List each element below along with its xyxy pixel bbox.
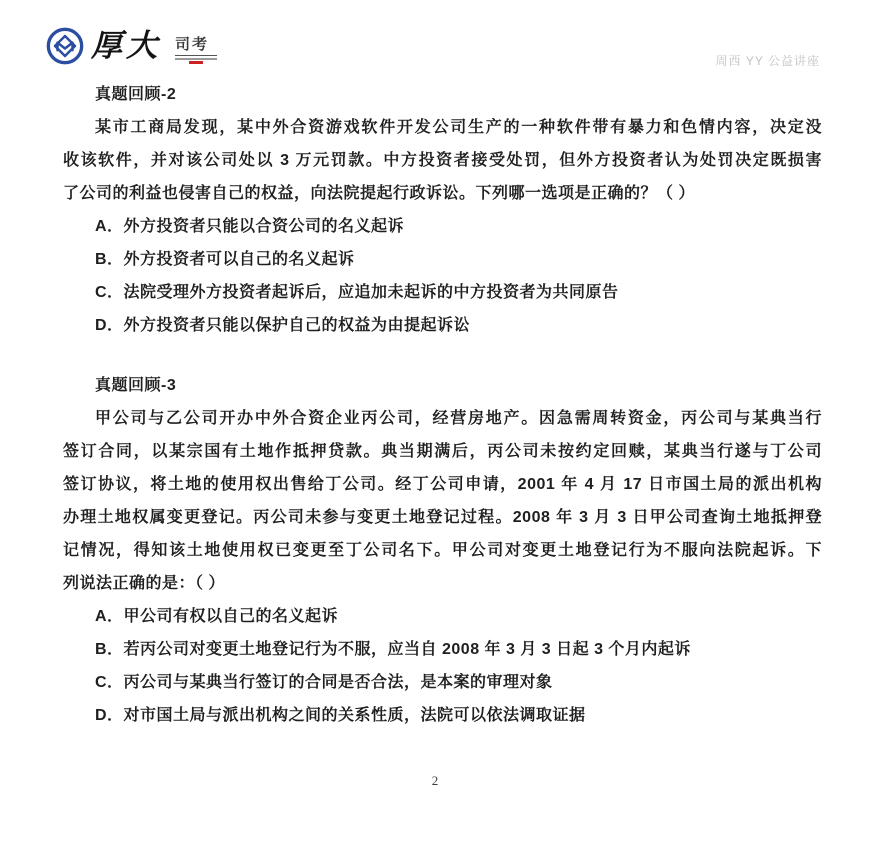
- option-b: B．外方投资者可以自己的名义起诉: [63, 243, 822, 276]
- question-body-line: 某市工商局发现，某中外合资游戏软件开发公司生产的一种软件带有暴力和色情内容，决定…: [63, 111, 822, 144]
- brand-logo: 厚大 司考: [45, 26, 217, 66]
- logo-tagline-bar: [175, 58, 217, 60]
- logo-accent-mark: [189, 61, 203, 64]
- option-a: A．外方投资者只能以合资公司的名义起诉: [63, 210, 822, 243]
- question-body-line: 甲公司与乙公司开办中外合资企业丙公司，经营房地产。因急需周转资金，丙公司与某典当…: [63, 402, 822, 435]
- page-footer: 2: [0, 772, 870, 790]
- question-title: 真题回顾-2: [63, 78, 822, 111]
- option-a: A．甲公司有权以自己的名义起诉: [63, 600, 822, 633]
- document-body: 真题回顾-2 某市工商局发现，某中外合资游戏软件开发公司生产的一种软件带有暴力和…: [63, 78, 822, 732]
- question-body-line: 了公司的利益也侵害自己的权益，向法院提起行政诉讼。下列哪一选项是正确的？（ ）: [63, 177, 822, 210]
- brand-name: 厚大: [91, 26, 161, 66]
- document-page: 厚大 司考 周西 YY 公益讲座 真题回顾-2 某市工商局发现，某中外合资游戏软…: [0, 0, 870, 842]
- houda-logo-icon: [45, 26, 85, 66]
- option-c: C．丙公司与某典当行签订的合同是否合法，是本案的审理对象: [63, 666, 822, 699]
- question-body-line: 办理土地权属变更登记。丙公司未参与变更土地登记过程。2008 年 3 月 3 日…: [63, 501, 822, 534]
- brand-subtitle-block: 司考: [175, 36, 217, 64]
- question-body-line: 列说法正确的是：（ ）: [63, 567, 822, 600]
- page-header: 厚大 司考 周西 YY 公益讲座: [0, 0, 870, 76]
- brand-subtitle: 司考: [175, 36, 217, 56]
- question-title: 真题回顾-3: [63, 369, 822, 402]
- section-gap: [63, 342, 822, 369]
- option-d: D．对市国土局与派出机构之间的关系性质，法院可以依法调取证据: [63, 699, 822, 732]
- question-body-line: 签订协议，将土地的使用权出售给丁公司。经丁公司申请，2001 年 4 月 17 …: [63, 468, 822, 501]
- question-body-line: 记情况，得知该土地使用权已变更至丁公司名下。甲公司对变更土地登记行为不服向法院起…: [63, 534, 822, 567]
- option-d: D．外方投资者只能以保护自己的权益为由提起诉讼: [63, 309, 822, 342]
- page-number: 2: [432, 773, 439, 788]
- question-body-line: 收该软件，并对该公司处以 3 万元罚款。中方投资者接受处罚，但外方投资者认为处罚…: [63, 144, 822, 177]
- question-body-line: 签订合同，以某宗国有土地作抵押贷款。典当期满后，丙公司未按约定回赎，某典当行遂与…: [63, 435, 822, 468]
- header-note: 周西 YY 公益讲座: [716, 52, 820, 69]
- option-b: B．若丙公司对变更土地登记行为不服，应当自 2008 年 3 月 3 日起 3 …: [63, 633, 822, 666]
- option-c: C．法院受理外方投资者起诉后，应追加未起诉的中方投资者为共同原告: [63, 276, 822, 309]
